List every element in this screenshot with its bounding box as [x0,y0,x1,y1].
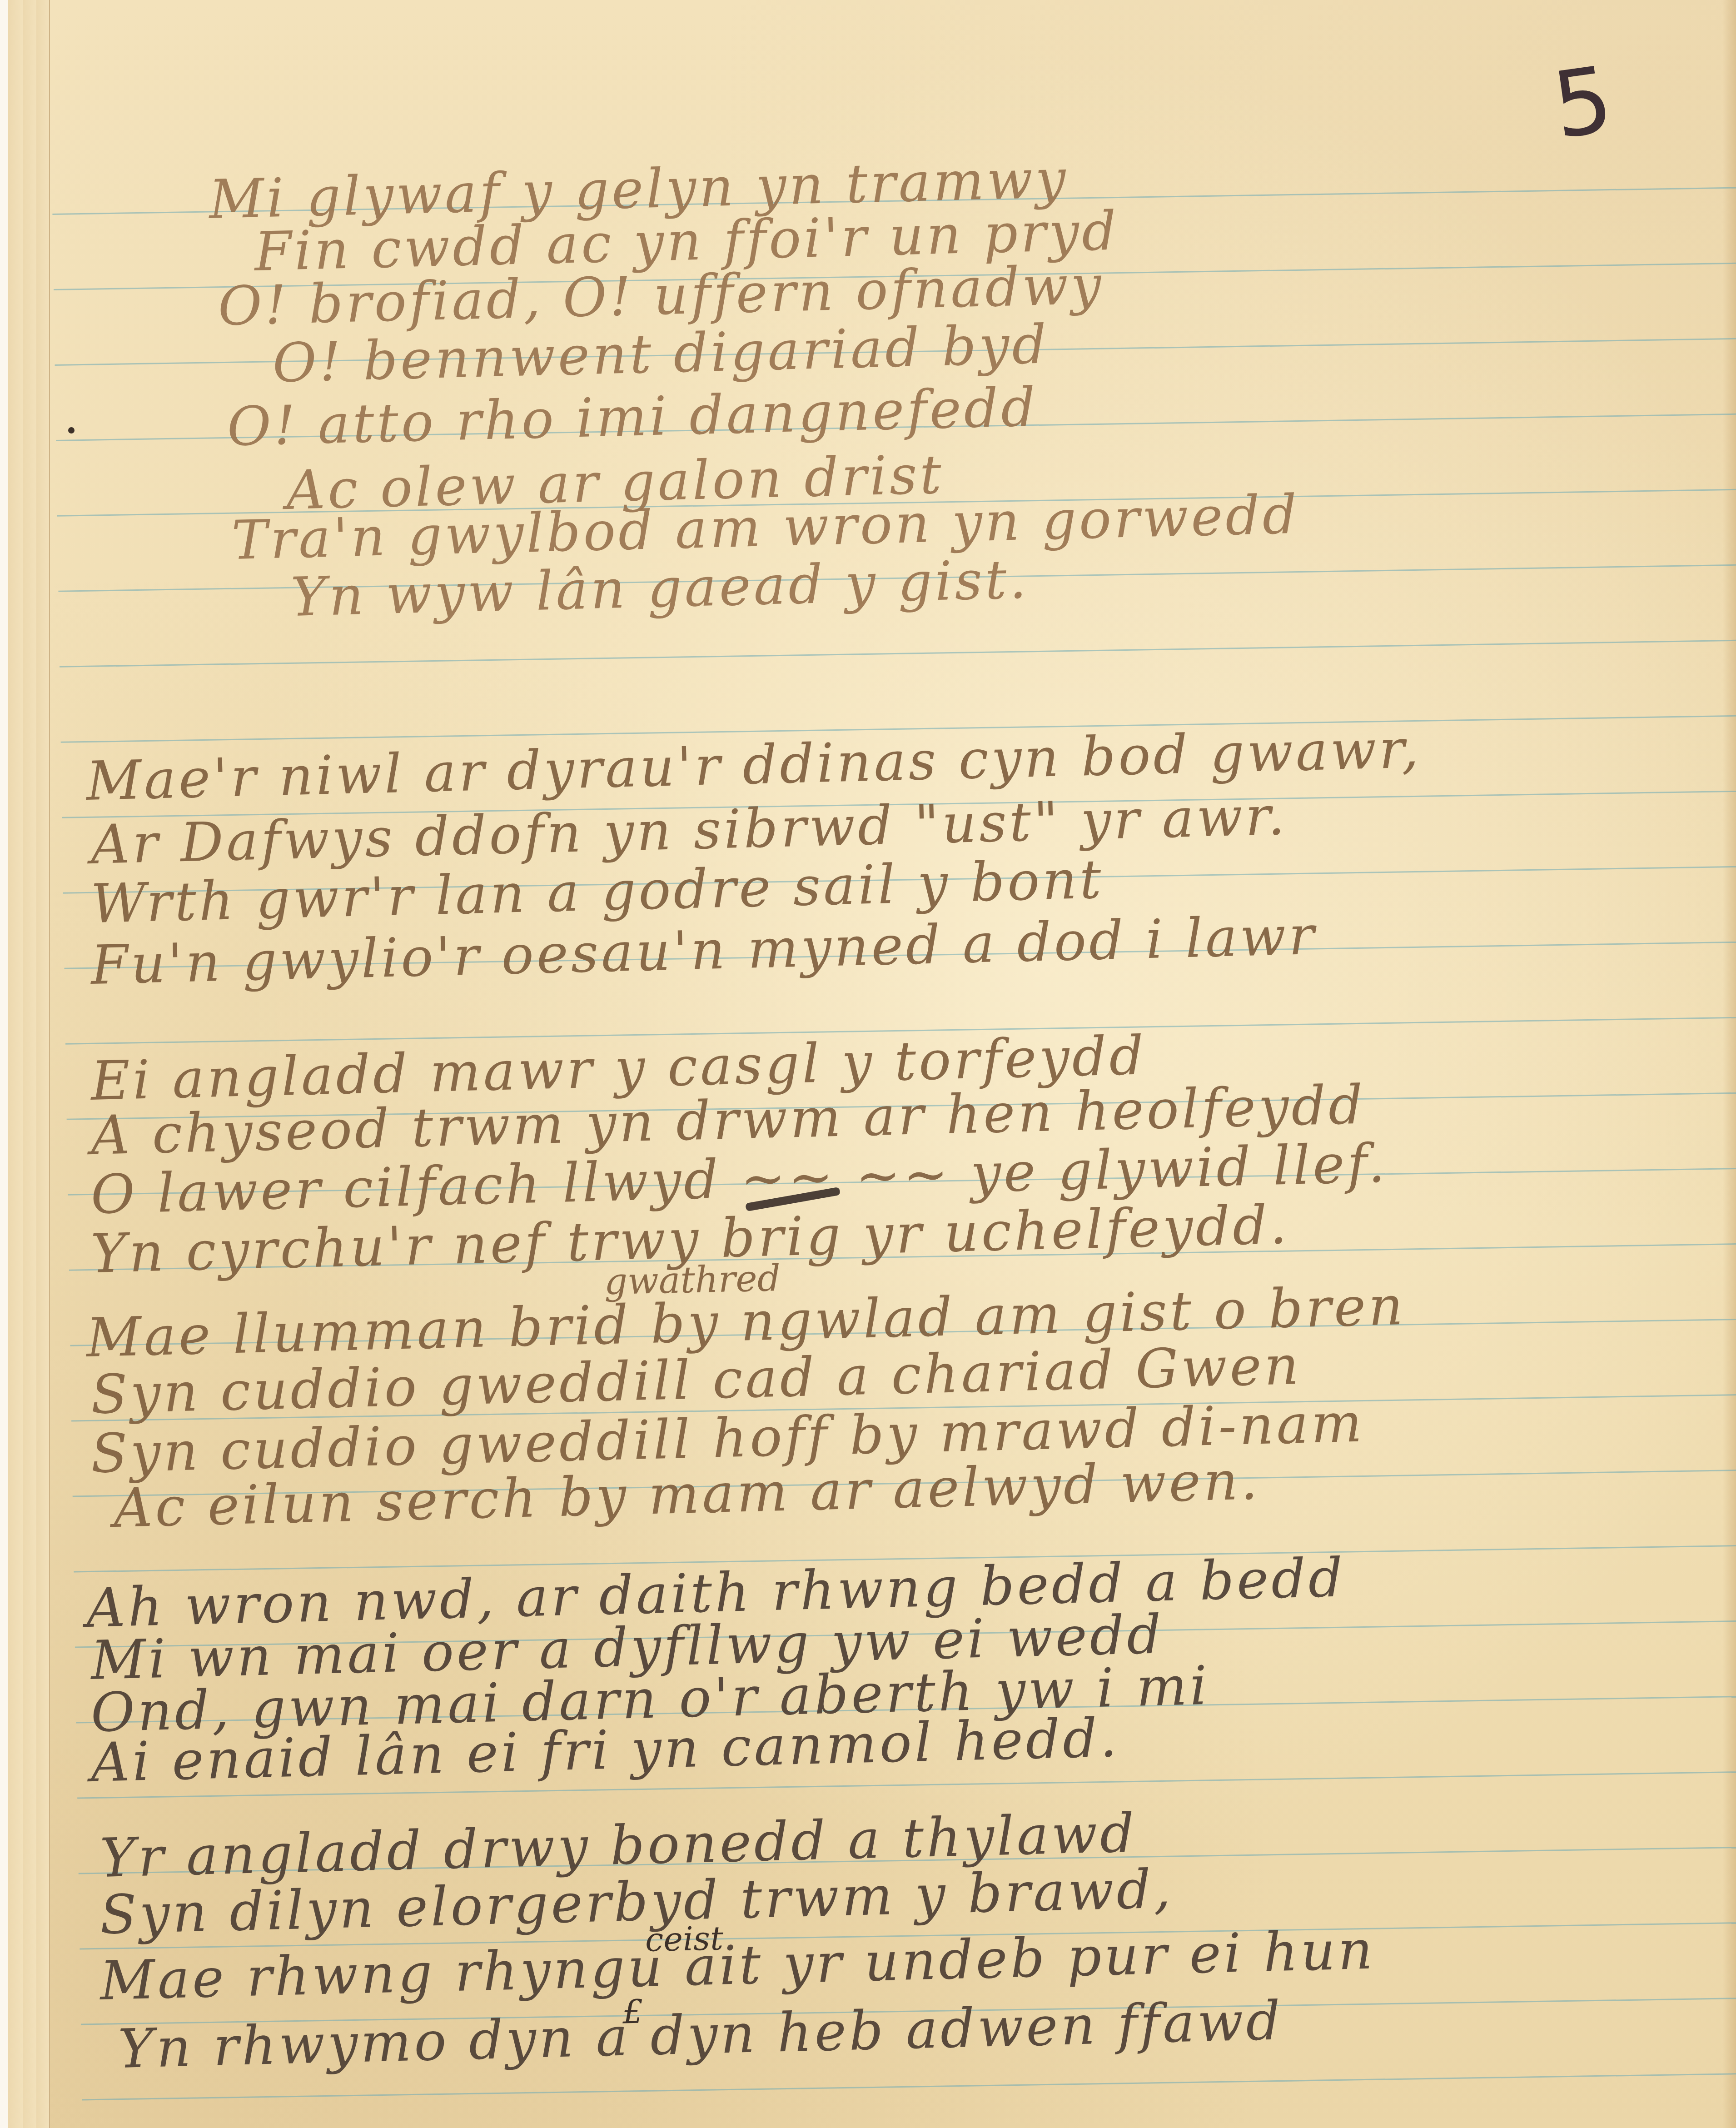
ink-dot [68,427,75,434]
rule-line [82,2072,1736,2101]
paper-edge-stack [36,0,50,2128]
scan-margin-left [0,0,8,2128]
paper-edge-stack [23,0,37,2128]
paper-edge-stack [8,0,24,2128]
rule-line [60,639,1736,668]
manuscript-page: 5 Mi glywaf y gelyn yn tramwy Fin cwdd a… [0,0,1736,2128]
